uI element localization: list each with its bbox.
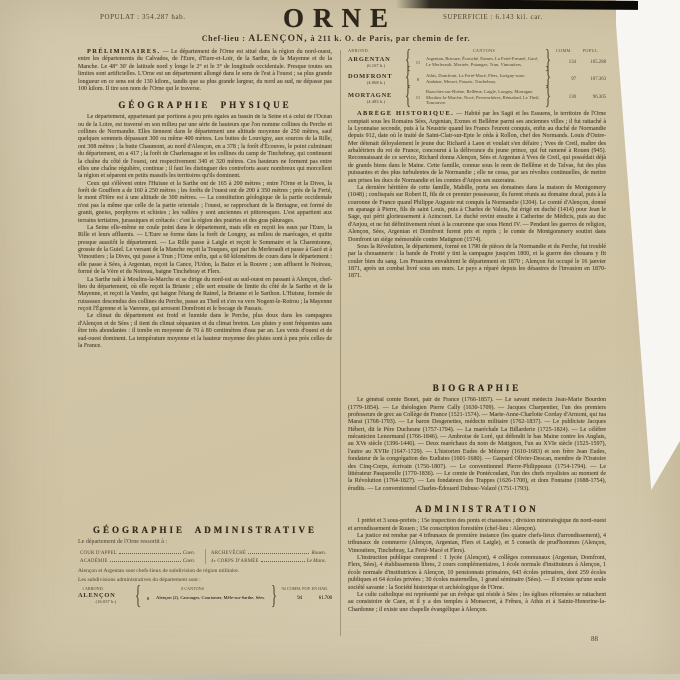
jurisdictions-list: COUR D'APPELCaen. ACADÉMIECaen. ARCHEVÊC… — [78, 548, 332, 565]
population-count: 96.305 — [576, 95, 606, 100]
administration-paragraph: Le culte catholique est représenté par u… — [348, 592, 606, 614]
communes-count: 94 — [278, 596, 302, 601]
geo-physique-paragraph: La Seine elle-même ne coule point dans l… — [78, 225, 332, 277]
dotted-leader — [248, 549, 309, 554]
right-brace: } — [545, 84, 552, 111]
administration-paragraph: 1 préfet et 3 sous-préfets ; 15e inspect… — [348, 518, 606, 533]
right-brace: } — [271, 585, 278, 612]
arrondissement-name: DOMFRONT(4.068 h.) — [348, 73, 404, 85]
page-bottom-edge — [0, 674, 680, 680]
geo-physique-paragraph: La Sarthe naît à Moulins-la-Marche et se… — [78, 277, 332, 314]
jurisdiction-label: ARCHEVÊCHÉ — [211, 551, 246, 556]
arrondissement-population-note: (4.068 h.) — [348, 80, 404, 85]
abrege-paragraph: La dernière héritière de cette famille, … — [348, 185, 606, 244]
page-number: 88 — [348, 635, 606, 643]
preliminaires-text: — Le département de l'Orne est situé dan… — [78, 49, 332, 92]
cantons-count: 11 — [412, 95, 424, 100]
jurisdiction-label: COUR D'APPEL — [80, 551, 117, 556]
abrege-paragraph: Sous la Révolution, le département, form… — [348, 244, 606, 281]
jurisdiction-item: ARCHEVÊCHÉRouen. — [211, 549, 326, 556]
alencon-table-row: ALENÇON(16.037 h.) { 8 Alençon (2), Carr… — [78, 591, 332, 605]
chef-lieu-prefix: Chef-lieu : — [202, 34, 249, 43]
jurisdiction-value: Caen. — [183, 550, 195, 556]
left-brace: { — [405, 84, 412, 111]
mini-header-cell: 1 ARROND. — [82, 586, 104, 591]
arrondissement-name: MORTAGNE(4.483 h.) — [348, 92, 404, 104]
arrondissement-population-note: (6.167 h.) — [348, 63, 404, 68]
right-column: ARROND. CANTONS COMM. POPUL. ARGENTAN(6.… — [348, 48, 606, 643]
left-brace: { — [135, 585, 142, 612]
geographie-physique-text: Le département, appartenant par portions… — [78, 114, 332, 518]
jurisdiction-item: COUR D'APPELCaen. — [80, 549, 195, 556]
cantons-count: 8 — [142, 596, 154, 601]
header-cell: CANTONS — [424, 48, 544, 53]
jurisdiction-value: Caen. — [183, 558, 195, 564]
mini-header-cell: 94 COMM. POP. EN HAB. — [282, 586, 328, 591]
arrondissement-population-note: (16.037 h.) — [78, 599, 134, 604]
arrondissement-name: ARGENTAN(6.167 h.) — [348, 56, 404, 68]
mini-header-cell: 8 CANTONS — [181, 586, 204, 591]
geo-physique-paragraph: Le climat du département est froid et hu… — [78, 313, 332, 350]
header-cell: COMM. — [552, 48, 576, 53]
population-count: 107.363 — [576, 77, 606, 82]
cantons-count: 8 — [412, 77, 424, 82]
cantons-list: Bazoches-sur-Hoëne, Bellême, Laigle, Lon… — [424, 89, 544, 106]
header-cell: ARROND. — [348, 48, 404, 53]
communes-count: 97 — [552, 77, 576, 82]
military-note: Alençon et Argentan sont chefs-lieux de … — [78, 568, 332, 574]
biographie-text: Le général comte Bonet, pair de France (… — [348, 397, 606, 497]
jurisdiction-item: ACADÉMIECaen. — [80, 557, 195, 564]
administration-paragraph: L'instruction publique comprend : 1 lycé… — [348, 555, 606, 592]
column-divider — [340, 50, 341, 636]
geo-physique-paragraph: Le département, appartenant par portions… — [78, 114, 332, 180]
arrondissements-table: ARROND. CANTONS COMM. POPUL. ARGENTAN(6.… — [348, 48, 606, 106]
jurisdiction-value: Le Mans. — [307, 558, 326, 564]
communes-count: 134 — [552, 60, 576, 65]
cantons-list: Alençon (2), Carrouges, Courtomer, Mêle-… — [154, 595, 270, 601]
heading-administration: ADMINISTRATION — [348, 504, 606, 514]
arrondissement-name: ALENÇON(16.037 h.) — [78, 592, 134, 604]
chef-lieu-name: ALENÇON, — [248, 34, 307, 44]
subdivisions-intro: Les subdivisions administratives du dépa… — [78, 577, 332, 583]
geo-physique-paragraph: Ceux qui s'élèvent entre l'Huisne et la … — [78, 181, 332, 225]
heading-geographie-administrative: GÉOGRAPHIE ADMINISTRATIVE — [78, 525, 332, 535]
page-title: ORNE — [0, 3, 680, 34]
left-column: PRÉLIMINAIRES. — Le département de l'Orn… — [78, 48, 332, 608]
table-row: ARGENTAN(6.167 h.) { 11 Argentan, Briouz… — [348, 55, 606, 69]
abrege-historique-text: ABRÉGÉ HISTORIQUE. — Habité par les Sagi… — [348, 110, 606, 376]
jurisdiction-label: 4e CORPS D'ARMÉE — [211, 559, 259, 564]
cantons-list: Athis, Domfront, La Ferté-Macé, Flers, J… — [424, 73, 544, 84]
administration-text: 1 préfet et 3 sous-préfets ; 15e inspect… — [348, 518, 606, 630]
table-row: DOMFRONT(4.068 h.) { 8 Athis, Domfront, … — [348, 72, 606, 86]
arrondissements-table-header: ARROND. CANTONS COMM. POPUL. — [348, 48, 606, 53]
jurisdiction-item: 4e CORPS D'ARMÉELe Mans. — [211, 557, 326, 564]
header-cell: POPUL. — [576, 48, 606, 53]
superficie-label: SUPERFICIE : 6.143 kil. car. — [443, 13, 543, 21]
heading-geographie-physique: GÉOGRAPHIE PHYSIQUE — [78, 100, 332, 110]
dotted-leader — [261, 557, 305, 562]
biographie-paragraph: Le général comte Bonet, pair de France (… — [348, 397, 606, 493]
population-count: 105.288 — [576, 60, 606, 65]
cantons-list: Argentan, Briouze, Écouché, Exmes, La Fe… — [424, 56, 544, 67]
jurisdiction-value: Rouen. — [311, 550, 326, 556]
heading-biographie: BIOGRAPHIE — [348, 383, 606, 393]
table-row: MORTAGNE(4.483 h.) { 11 Bazoches-sur-Hoë… — [348, 89, 606, 106]
arrondissement-population-note: (4.483 h.) — [348, 99, 404, 104]
chef-lieu-line: Chef-lieu : ALENÇON, à 211 k. O. de Pari… — [0, 34, 672, 44]
communes-count: 130 — [552, 95, 576, 100]
dotted-leader — [110, 557, 181, 562]
ressortit-intro: Le département de l'Orne ressortit à : — [78, 539, 332, 545]
abrege-paragraph: — Habité par les Sagii et les Essuens, l… — [348, 111, 606, 183]
dotted-leader — [119, 549, 181, 554]
preliminaires-label: PRÉLIMINAIRES. — [87, 48, 160, 55]
cantons-count: 11 — [412, 60, 424, 65]
preliminaires-paragraph: PRÉLIMINAIRES. — Le département de l'Orn… — [78, 48, 332, 93]
jurisdiction-label: ACADÉMIE — [80, 559, 108, 564]
chef-lieu-rest: à 211 k. O. de Paris, par chemin de fer. — [308, 34, 470, 43]
population-count: 61.700 — [302, 596, 332, 601]
administration-paragraph: La justice est rendue par 4 tribunaux de… — [348, 533, 606, 555]
